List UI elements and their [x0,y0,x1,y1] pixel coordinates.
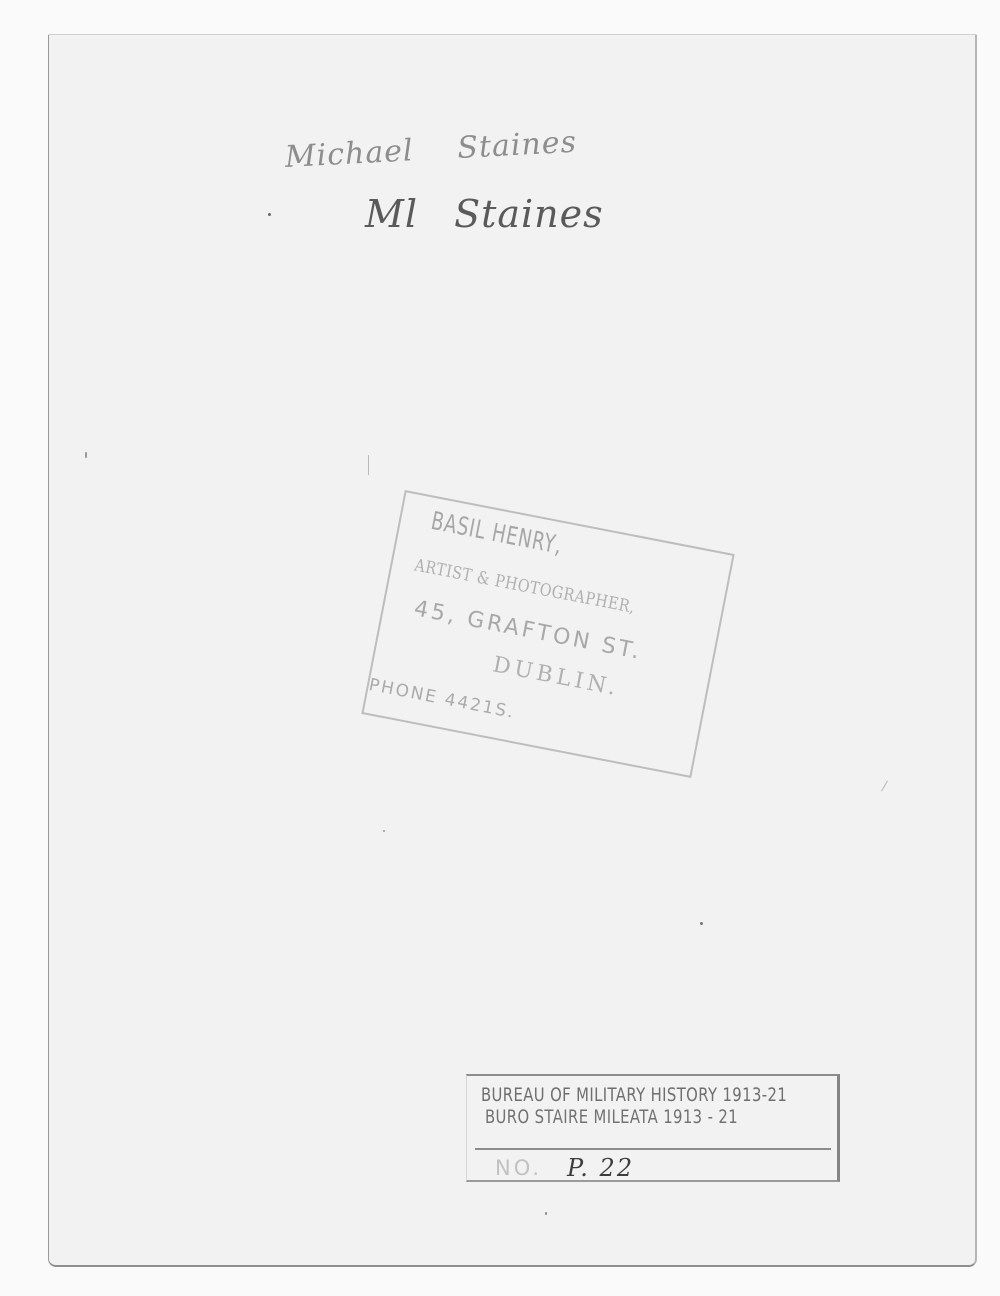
handwritten-initials: Ml [365,192,418,236]
archive-stamp: BUREAU OF MILITARY HISTORY 1913-21 BURO … [466,1074,840,1182]
archive-name-irish: BURO STAIRE MILEATA 1913 - 21 [485,1106,738,1128]
archive-name-english: BUREAU OF MILITARY HISTORY 1913-21 [481,1084,787,1106]
ink-speck [268,213,271,216]
ink-speck [85,452,87,458]
handwritten-first-name: Michael [284,133,414,175]
pencil-mark [368,455,369,475]
archive-number-value: P. 22 [567,1154,634,1182]
archive-stamp-divider [475,1148,831,1150]
ink-speck [700,922,703,925]
archive-number-label: NO. [495,1156,542,1180]
handwritten-surname-dark: Staines [454,192,604,236]
ink-speck [383,830,385,832]
ink-speck [545,1212,547,1215]
handwritten-surname: Staines [457,125,578,166]
photographer-phone: PHONE 4421S. [367,675,517,723]
handwritten-name-dark: MlStaines [365,192,604,236]
photographer-city: DUBLIN. [491,652,622,701]
